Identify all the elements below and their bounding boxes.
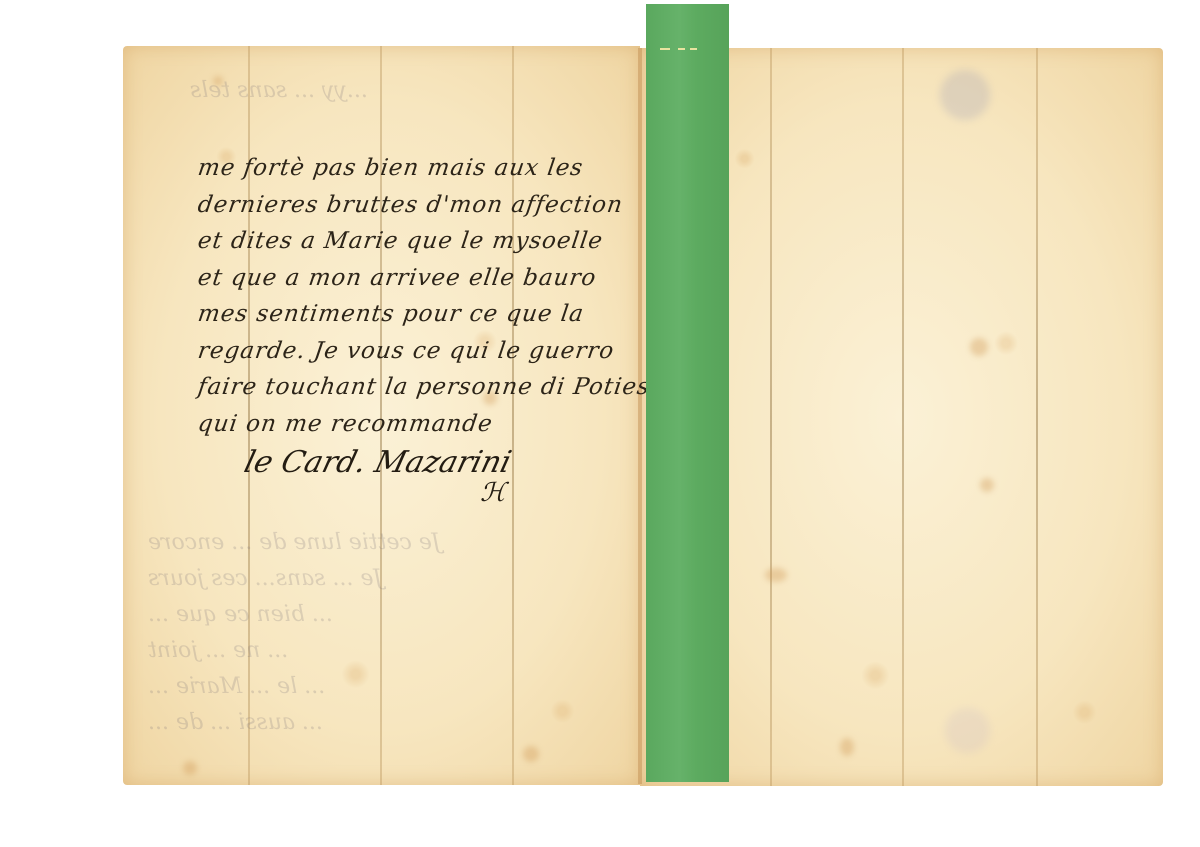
bleed-through-line: ... bien ce que ... [148, 602, 333, 627]
foxing-stain [765, 568, 787, 582]
green-ribbon-bookmark [646, 4, 729, 782]
bleed-through-text: ...yy ... sans tels [190, 78, 368, 103]
foxing-stain [980, 478, 994, 492]
ribbon-stitch [678, 48, 685, 50]
bleed-through-line: ... aussi ... de ... [148, 710, 323, 735]
bleed-through-line: ... ne ... joint [148, 638, 288, 663]
bleed-through-line: Je ... sans... ces jours [148, 566, 382, 591]
fold-line [902, 48, 904, 786]
signature-paraph: ℋ [480, 478, 506, 508]
seal-ghost-mark [945, 708, 990, 753]
foxing-stain [970, 338, 988, 356]
letter-line: et dites a Marie que le mysoelle [195, 223, 640, 260]
fold-line [770, 48, 772, 786]
letter-line: me fortè pas bien mais aux les [195, 150, 640, 187]
foxing-stain [183, 761, 197, 775]
ribbon-stitch [690, 48, 697, 50]
bleed-through-line: ... le ... Marie ... [148, 674, 325, 699]
bleed-through-line: Je cettie lune de ... encore [148, 530, 441, 555]
signature: le Card. Mazarini [241, 445, 515, 480]
fold-line [1036, 48, 1038, 786]
foxing-stain [523, 746, 539, 762]
seal-ghost-mark [940, 70, 990, 120]
foxing-stain [840, 738, 854, 756]
letter-line: dernieres bruttes d'mon affection [195, 187, 640, 224]
letter-line: qui on me recommande [195, 406, 640, 443]
letter-body: me fortè pas bien mais aux les dernieres… [198, 150, 638, 442]
letter-line: mes sentiments pour ce que la [195, 296, 640, 333]
letter-line: regarde. Je vous ce qui le guerro [195, 333, 640, 370]
letter-line: et que a mon arrivee elle bauro [195, 260, 640, 297]
letter-line: faire touchant la personne di Poties [195, 369, 640, 406]
ribbon-stitch [660, 48, 670, 50]
